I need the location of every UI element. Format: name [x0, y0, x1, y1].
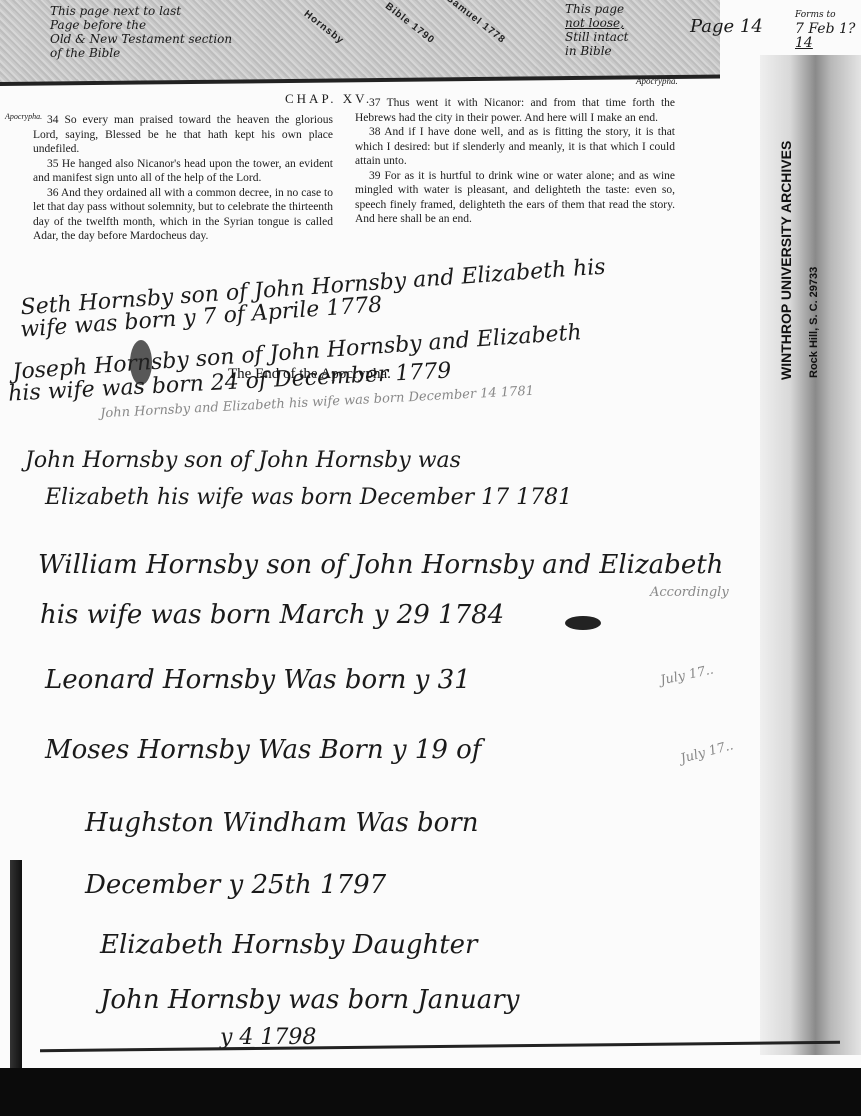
note-line: This page — [565, 2, 628, 16]
note-line: Still intact — [565, 30, 628, 44]
note-line: This page next to last — [50, 4, 232, 18]
note-line: Forms to — [795, 8, 855, 22]
ink-blot — [565, 616, 601, 630]
page-left-edge — [10, 860, 22, 1070]
verse-39: 39 For as it is hurtful to drink wine or… — [355, 169, 675, 227]
entry-john-line2: Elizabeth his wife was born December 17 … — [45, 485, 572, 510]
note-line: 14 — [795, 36, 855, 50]
verse-36: 36 And they ordained all with a common d… — [33, 186, 333, 244]
verse-37: 37 Thus went it with Nicanor: and from t… — [355, 96, 675, 125]
left-column-text: 34 So every man praised toward the heave… — [33, 113, 333, 244]
entry-moses: Moses Hornsby Was Born y 19 of — [45, 735, 481, 765]
scan-bottom-shadow — [0, 1068, 861, 1116]
archive-stamp-line2: Rock Hill, S. C. 29733 — [808, 267, 820, 378]
verse-35: 35 He hanged also Nicanor's head upon th… — [33, 157, 333, 186]
archivist-note-left: This page next to last Page before the O… — [50, 4, 232, 60]
margin-note-july: July 17.. — [659, 663, 715, 689]
book-binding-edge — [760, 55, 861, 1055]
entry-john2-line1: John Hornsby was born January — [100, 985, 519, 1015]
entry-william-line1: William Hornsby son of John Hornsby and … — [38, 550, 723, 580]
note-line: Page before the — [50, 18, 232, 32]
entry-elizabeth: Elizabeth Hornsby Daughter — [100, 930, 477, 960]
note-line: 7 Feb 1? — [795, 22, 855, 36]
note-line: Old & New Testament section — [50, 32, 232, 46]
entry-william-line2: his wife was born March y 29 1784 — [40, 600, 504, 630]
ink-blot — [130, 340, 152, 385]
entry-john-line1: John Hornsby son of John Hornsby was — [25, 448, 461, 473]
scanned-page: Hornsby Bible 1790 Samuel 1778 This page… — [0, 0, 861, 1116]
verse-38: 38 And if I have done well, and as is fi… — [355, 125, 675, 169]
entry-hughston-line2: December y 25th 1797 — [85, 870, 386, 900]
verse-34: 34 So every man praised toward the heave… — [33, 113, 333, 157]
entry-hughston-line1: Hughston Windham Was born — [85, 808, 478, 838]
archive-stamp-line1: WINTHROP UNIVERSITY ARCHIVES — [778, 141, 794, 380]
note-line: of the Bible — [50, 46, 232, 60]
margin-note-july-2: July 17.. — [679, 738, 735, 766]
archivist-note-mid: This page not loose, Still intact in Bib… — [565, 2, 628, 58]
page-label: Page 14 — [690, 16, 763, 37]
note-line: in Bible — [565, 44, 628, 58]
entry-leonard: Leonard Hornsby Was born y 31 — [45, 665, 471, 695]
running-head-right: Apocrypha. — [636, 74, 678, 89]
right-column-text: 37 Thus went it with Nicanor: and from t… — [355, 96, 675, 227]
margin-note-accordingly: Accordingly — [650, 585, 729, 600]
page-bottom-edge-line — [40, 1041, 840, 1052]
archivist-note-right: Forms to 7 Feb 1? 14 — [795, 8, 855, 50]
note-line: not loose, — [565, 16, 628, 30]
